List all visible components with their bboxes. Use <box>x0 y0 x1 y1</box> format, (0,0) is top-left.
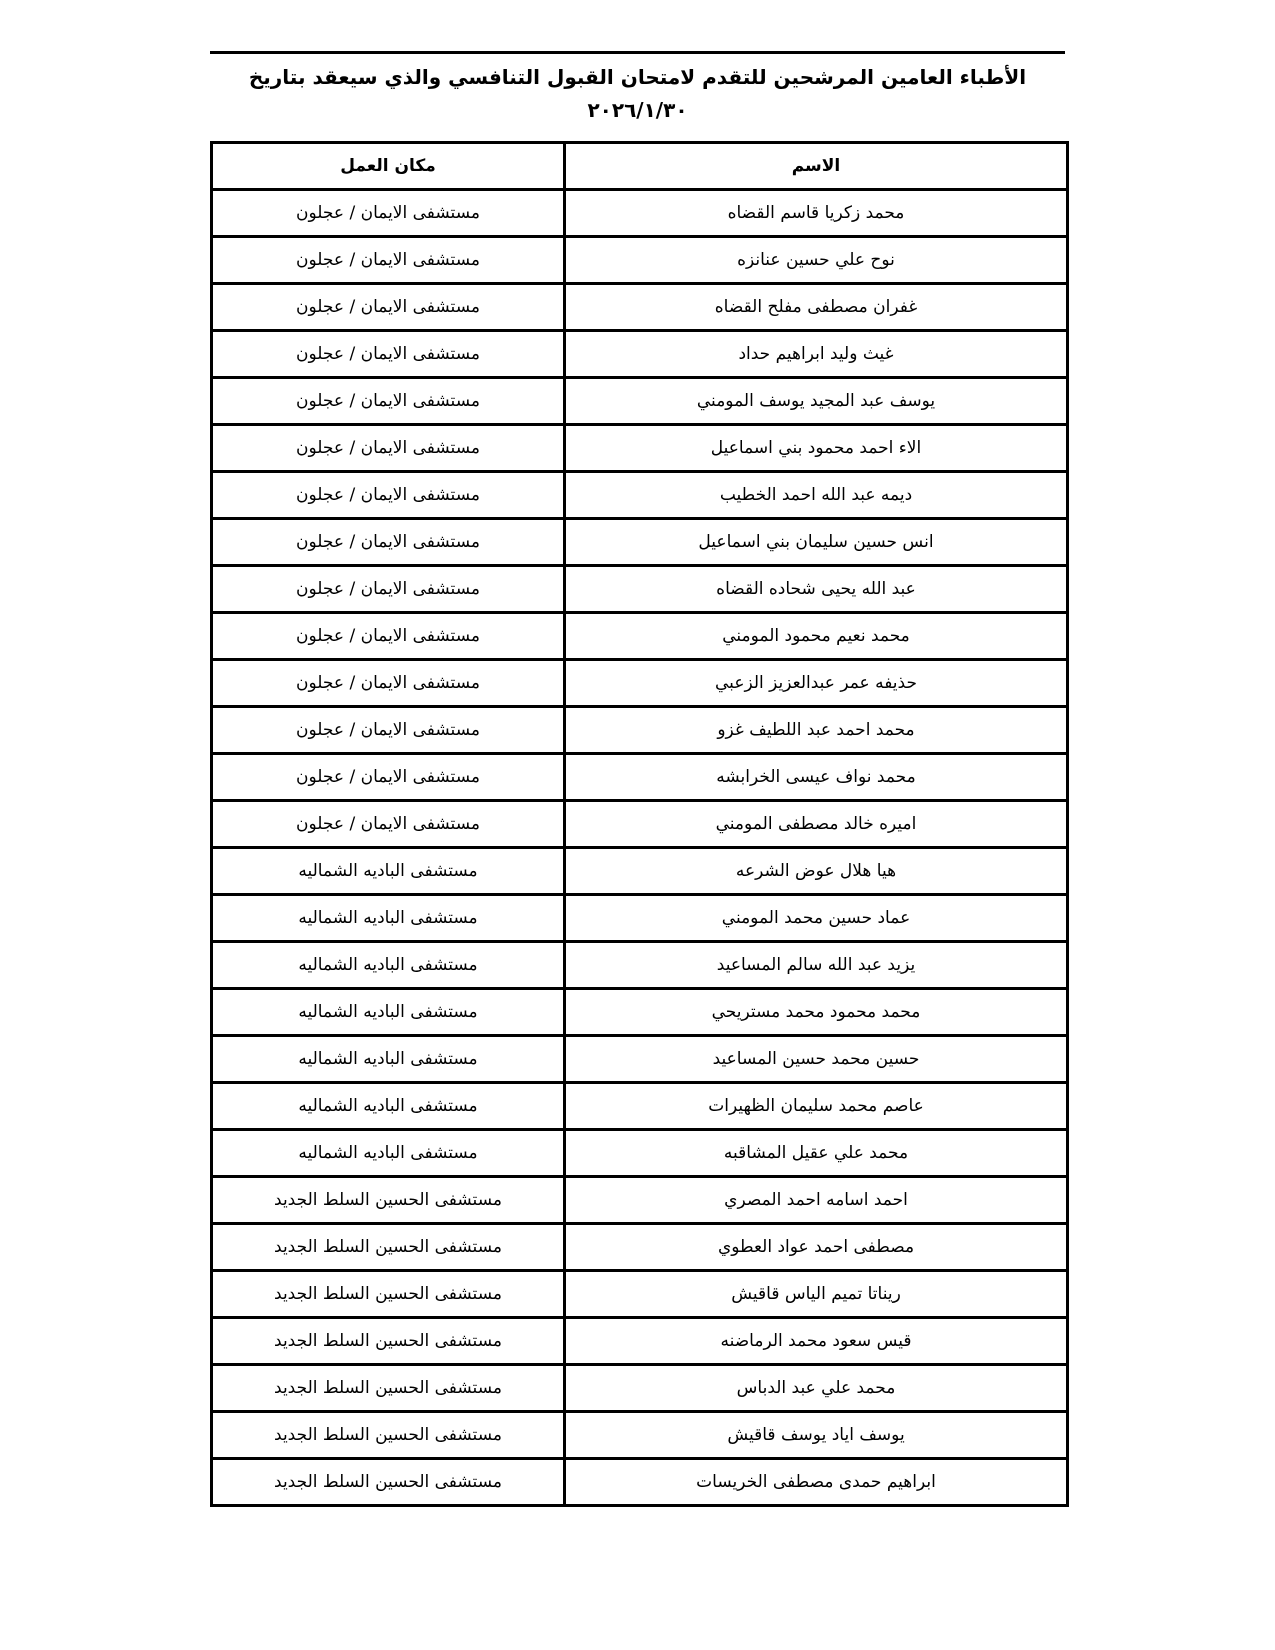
cell-workplace: مستشفى الايمان / عجلون <box>212 566 565 613</box>
cell-workplace: مستشفى الايمان / عجلون <box>212 660 565 707</box>
table-row: مصطفى احمد عواد العطويمستشفى الحسين السل… <box>212 1224 1068 1271</box>
table-row: عماد حسين محمد المومنيمستشفى الباديه الش… <box>212 895 1068 942</box>
cell-workplace: مستشفى الايمان / عجلون <box>212 754 565 801</box>
cell-workplace: مستشفى الباديه الشماليه <box>212 942 565 989</box>
top-horizontal-rule <box>210 51 1065 54</box>
cell-workplace: مستشفى الحسين السلط الجديد <box>212 1412 565 1459</box>
cell-name: محمد محمود محمد مستريحي <box>565 989 1068 1036</box>
table-row: يزيد عبد الله سالم المساعيدمستشفى البادي… <box>212 942 1068 989</box>
cell-name: يوسف عبد المجيد يوسف المومني <box>565 378 1068 425</box>
cell-name: محمد زكريا قاسم القضاه <box>565 190 1068 237</box>
cell-workplace: مستشفى الايمان / عجلون <box>212 378 565 425</box>
cell-name: ديمه عبد الله احمد الخطيب <box>565 472 1068 519</box>
cell-name: نوح علي حسين عنانزه <box>565 237 1068 284</box>
table-row: محمد زكريا قاسم القضاهمستشفى الايمان / ع… <box>212 190 1068 237</box>
cell-name: اميره خالد مصطفى المومني <box>565 801 1068 848</box>
table-row: محمد علي عبد الدباسمستشفى الحسين السلط ا… <box>212 1365 1068 1412</box>
cell-name: قيس سعود محمد الرماضنه <box>565 1318 1068 1365</box>
cell-name: يزيد عبد الله سالم المساعيد <box>565 942 1068 989</box>
cell-workplace: مستشفى الحسين السلط الجديد <box>212 1365 565 1412</box>
cell-workplace: مستشفى الباديه الشماليه <box>212 1130 565 1177</box>
candidates-table: الاسم مكان العمل محمد زكريا قاسم القضاهم… <box>210 141 1069 1507</box>
cell-name: غيث وليد ابراهيم حداد <box>565 331 1068 378</box>
table-row: انس حسين سليمان بني اسماعيلمستشفى الايما… <box>212 519 1068 566</box>
table-row: احمد اسامه احمد المصريمستشفى الحسين السل… <box>212 1177 1068 1224</box>
cell-workplace: مستشفى الايمان / عجلون <box>212 613 565 660</box>
table-row: غيث وليد ابراهيم حدادمستشفى الايمان / عج… <box>212 331 1068 378</box>
cell-workplace: مستشفى الايمان / عجلون <box>212 284 565 331</box>
cell-name: غفران مصطفى مفلح القضاه <box>565 284 1068 331</box>
cell-name: محمد علي عبد الدباس <box>565 1365 1068 1412</box>
table-row: محمد محمود محمد مستريحيمستشفى الباديه ال… <box>212 989 1068 1036</box>
cell-workplace: مستشفى الباديه الشماليه <box>212 989 565 1036</box>
table-row: محمد نواف عيسى الخرابشهمستشفى الايمان / … <box>212 754 1068 801</box>
header-name: الاسم <box>565 143 1068 190</box>
cell-name: مصطفى احمد عواد العطوي <box>565 1224 1068 1271</box>
cell-name: هيا هلال عوض الشرعه <box>565 848 1068 895</box>
table-row: ابراهيم حمدى مصطفى الخريساتمستشفى الحسين… <box>212 1459 1068 1506</box>
table-row: يوسف عبد المجيد يوسف المومنيمستشفى الايم… <box>212 378 1068 425</box>
table-row: محمد علي عقيل المشاقبهمستشفى الباديه الش… <box>212 1130 1068 1177</box>
table-row: حسين محمد حسين المساعيدمستشفى الباديه ال… <box>212 1036 1068 1083</box>
cell-name: محمد نعيم محمود المومني <box>565 613 1068 660</box>
cell-workplace: مستشفى الايمان / عجلون <box>212 190 565 237</box>
table-row: ديمه عبد الله احمد الخطيبمستشفى الايمان … <box>212 472 1068 519</box>
cell-name: ابراهيم حمدى مصطفى الخريسات <box>565 1459 1068 1506</box>
table-row: يوسف اياد يوسف قاقيشمستشفى الحسين السلط … <box>212 1412 1068 1459</box>
title-exam-date: ٢٠٢٦/١/٣٠ <box>210 94 1065 126</box>
cell-workplace: مستشفى الباديه الشماليه <box>212 848 565 895</box>
cell-workplace: مستشفى الايمان / عجلون <box>212 331 565 378</box>
table-body: محمد زكريا قاسم القضاهمستشفى الايمان / ع… <box>212 190 1068 1506</box>
cell-name: حذيفه عمر عبدالعزيز الزعبي <box>565 660 1068 707</box>
cell-name: انس حسين سليمان بني اسماعيل <box>565 519 1068 566</box>
table-row: نوح علي حسين عنانزهمستشفى الايمان / عجلو… <box>212 237 1068 284</box>
cell-name: احمد اسامه احمد المصري <box>565 1177 1068 1224</box>
cell-workplace: مستشفى الايمان / عجلون <box>212 425 565 472</box>
table-header-row: الاسم مكان العمل <box>212 143 1068 190</box>
cell-workplace: مستشفى الحسين السلط الجديد <box>212 1318 565 1365</box>
cell-workplace: مستشفى الباديه الشماليه <box>212 1036 565 1083</box>
table-row: حذيفه عمر عبدالعزيز الزعبيمستشفى الايمان… <box>212 660 1068 707</box>
cell-name: عماد حسين محمد المومني <box>565 895 1068 942</box>
cell-name: يوسف اياد يوسف قاقيش <box>565 1412 1068 1459</box>
cell-name: محمد علي عقيل المشاقبه <box>565 1130 1068 1177</box>
cell-name: الاء احمد محمود بني اسماعيل <box>565 425 1068 472</box>
table-row: قيس سعود محمد الرماضنهمستشفى الحسين السل… <box>212 1318 1068 1365</box>
table-row: محمد نعيم محمود المومنيمستشفى الايمان / … <box>212 613 1068 660</box>
table-row: هيا هلال عوض الشرعهمستشفى الباديه الشمال… <box>212 848 1068 895</box>
title-line-1: الأطباء العامين المرشحين للتقدم لامتحان … <box>210 60 1065 94</box>
table-row: اميره خالد مصطفى المومنيمستشفى الايمان /… <box>212 801 1068 848</box>
cell-name: عبد الله يحيى شحاده القضاه <box>565 566 1068 613</box>
cell-workplace: مستشفى الحسين السلط الجديد <box>212 1177 565 1224</box>
cell-workplace: مستشفى الحسين السلط الجديد <box>212 1224 565 1271</box>
cell-workplace: مستشفى الباديه الشماليه <box>212 895 565 942</box>
cell-workplace: مستشفى الايمان / عجلون <box>212 519 565 566</box>
cell-workplace: مستشفى الايمان / عجلون <box>212 237 565 284</box>
cell-workplace: مستشفى الايمان / عجلون <box>212 472 565 519</box>
cell-workplace: مستشفى الايمان / عجلون <box>212 801 565 848</box>
cell-name: محمد احمد عبد اللطيف غزو <box>565 707 1068 754</box>
table-row: الاء احمد محمود بني اسماعيلمستشفى الايما… <box>212 425 1068 472</box>
document-title: الأطباء العامين المرشحين للتقدم لامتحان … <box>210 60 1065 126</box>
cell-name: عاصم محمد سليمان الظهيرات <box>565 1083 1068 1130</box>
cell-workplace: مستشفى الايمان / عجلون <box>212 707 565 754</box>
cell-workplace: مستشفى الحسين السلط الجديد <box>212 1271 565 1318</box>
cell-name: حسين محمد حسين المساعيد <box>565 1036 1068 1083</box>
table-row: ريناتا تميم الياس قاقيشمستشفى الحسين الس… <box>212 1271 1068 1318</box>
cell-name: ريناتا تميم الياس قاقيش <box>565 1271 1068 1318</box>
header-workplace: مكان العمل <box>212 143 565 190</box>
cell-workplace: مستشفى الحسين السلط الجديد <box>212 1459 565 1506</box>
table-row: عاصم محمد سليمان الظهيراتمستشفى الباديه … <box>212 1083 1068 1130</box>
table-row: غفران مصطفى مفلح القضاهمستشفى الايمان / … <box>212 284 1068 331</box>
cell-workplace: مستشفى الباديه الشماليه <box>212 1083 565 1130</box>
cell-name: محمد نواف عيسى الخرابشه <box>565 754 1068 801</box>
table-row: محمد احمد عبد اللطيف غزومستشفى الايمان /… <box>212 707 1068 754</box>
table-row: عبد الله يحيى شحاده القضاهمستشفى الايمان… <box>212 566 1068 613</box>
